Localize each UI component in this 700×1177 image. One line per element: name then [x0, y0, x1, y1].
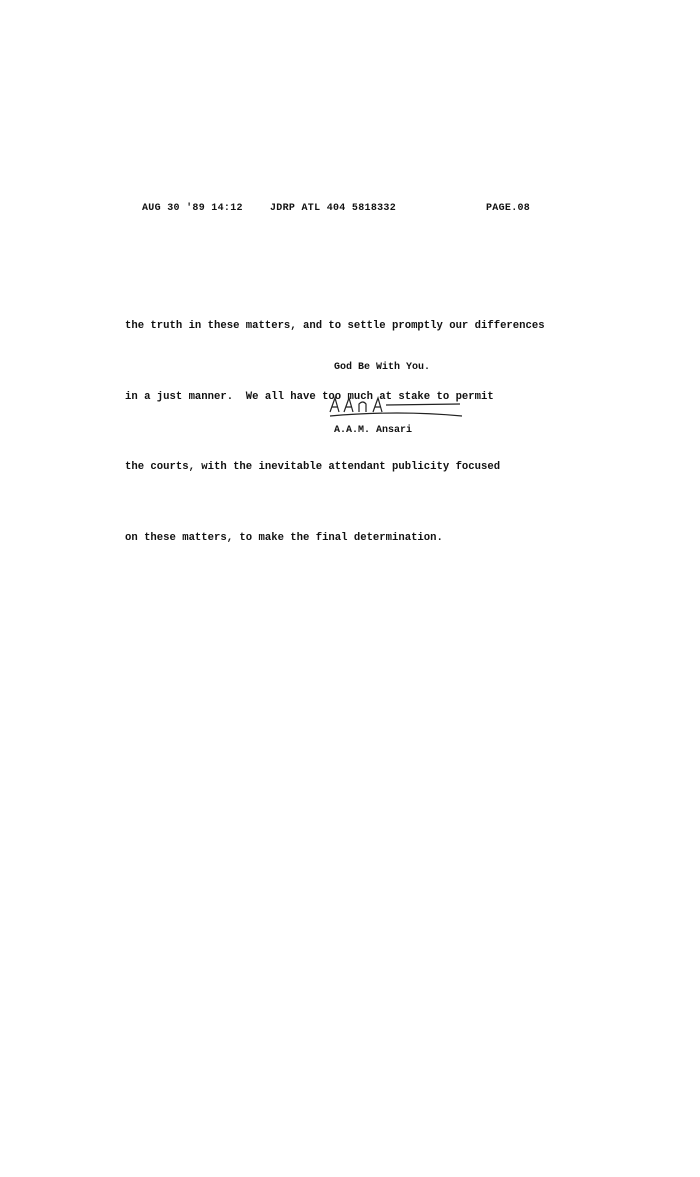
signer-name: A.A.M. Ansari: [334, 425, 412, 436]
body-line: the truth in these matters, and to settl…: [125, 315, 545, 339]
closing-line: God Be With You.: [334, 362, 430, 373]
fax-sender: JDRP ATL 404 5818332: [270, 203, 396, 214]
handwritten-signature: [328, 392, 468, 422]
fax-page-number: PAGE.08: [486, 203, 530, 214]
body-line: on these matters, to make the final dete…: [125, 527, 545, 551]
fax-datetime: AUG 30 '89 14:12: [142, 203, 243, 214]
body-line: the courts, with the inevitable attendan…: [125, 456, 545, 480]
